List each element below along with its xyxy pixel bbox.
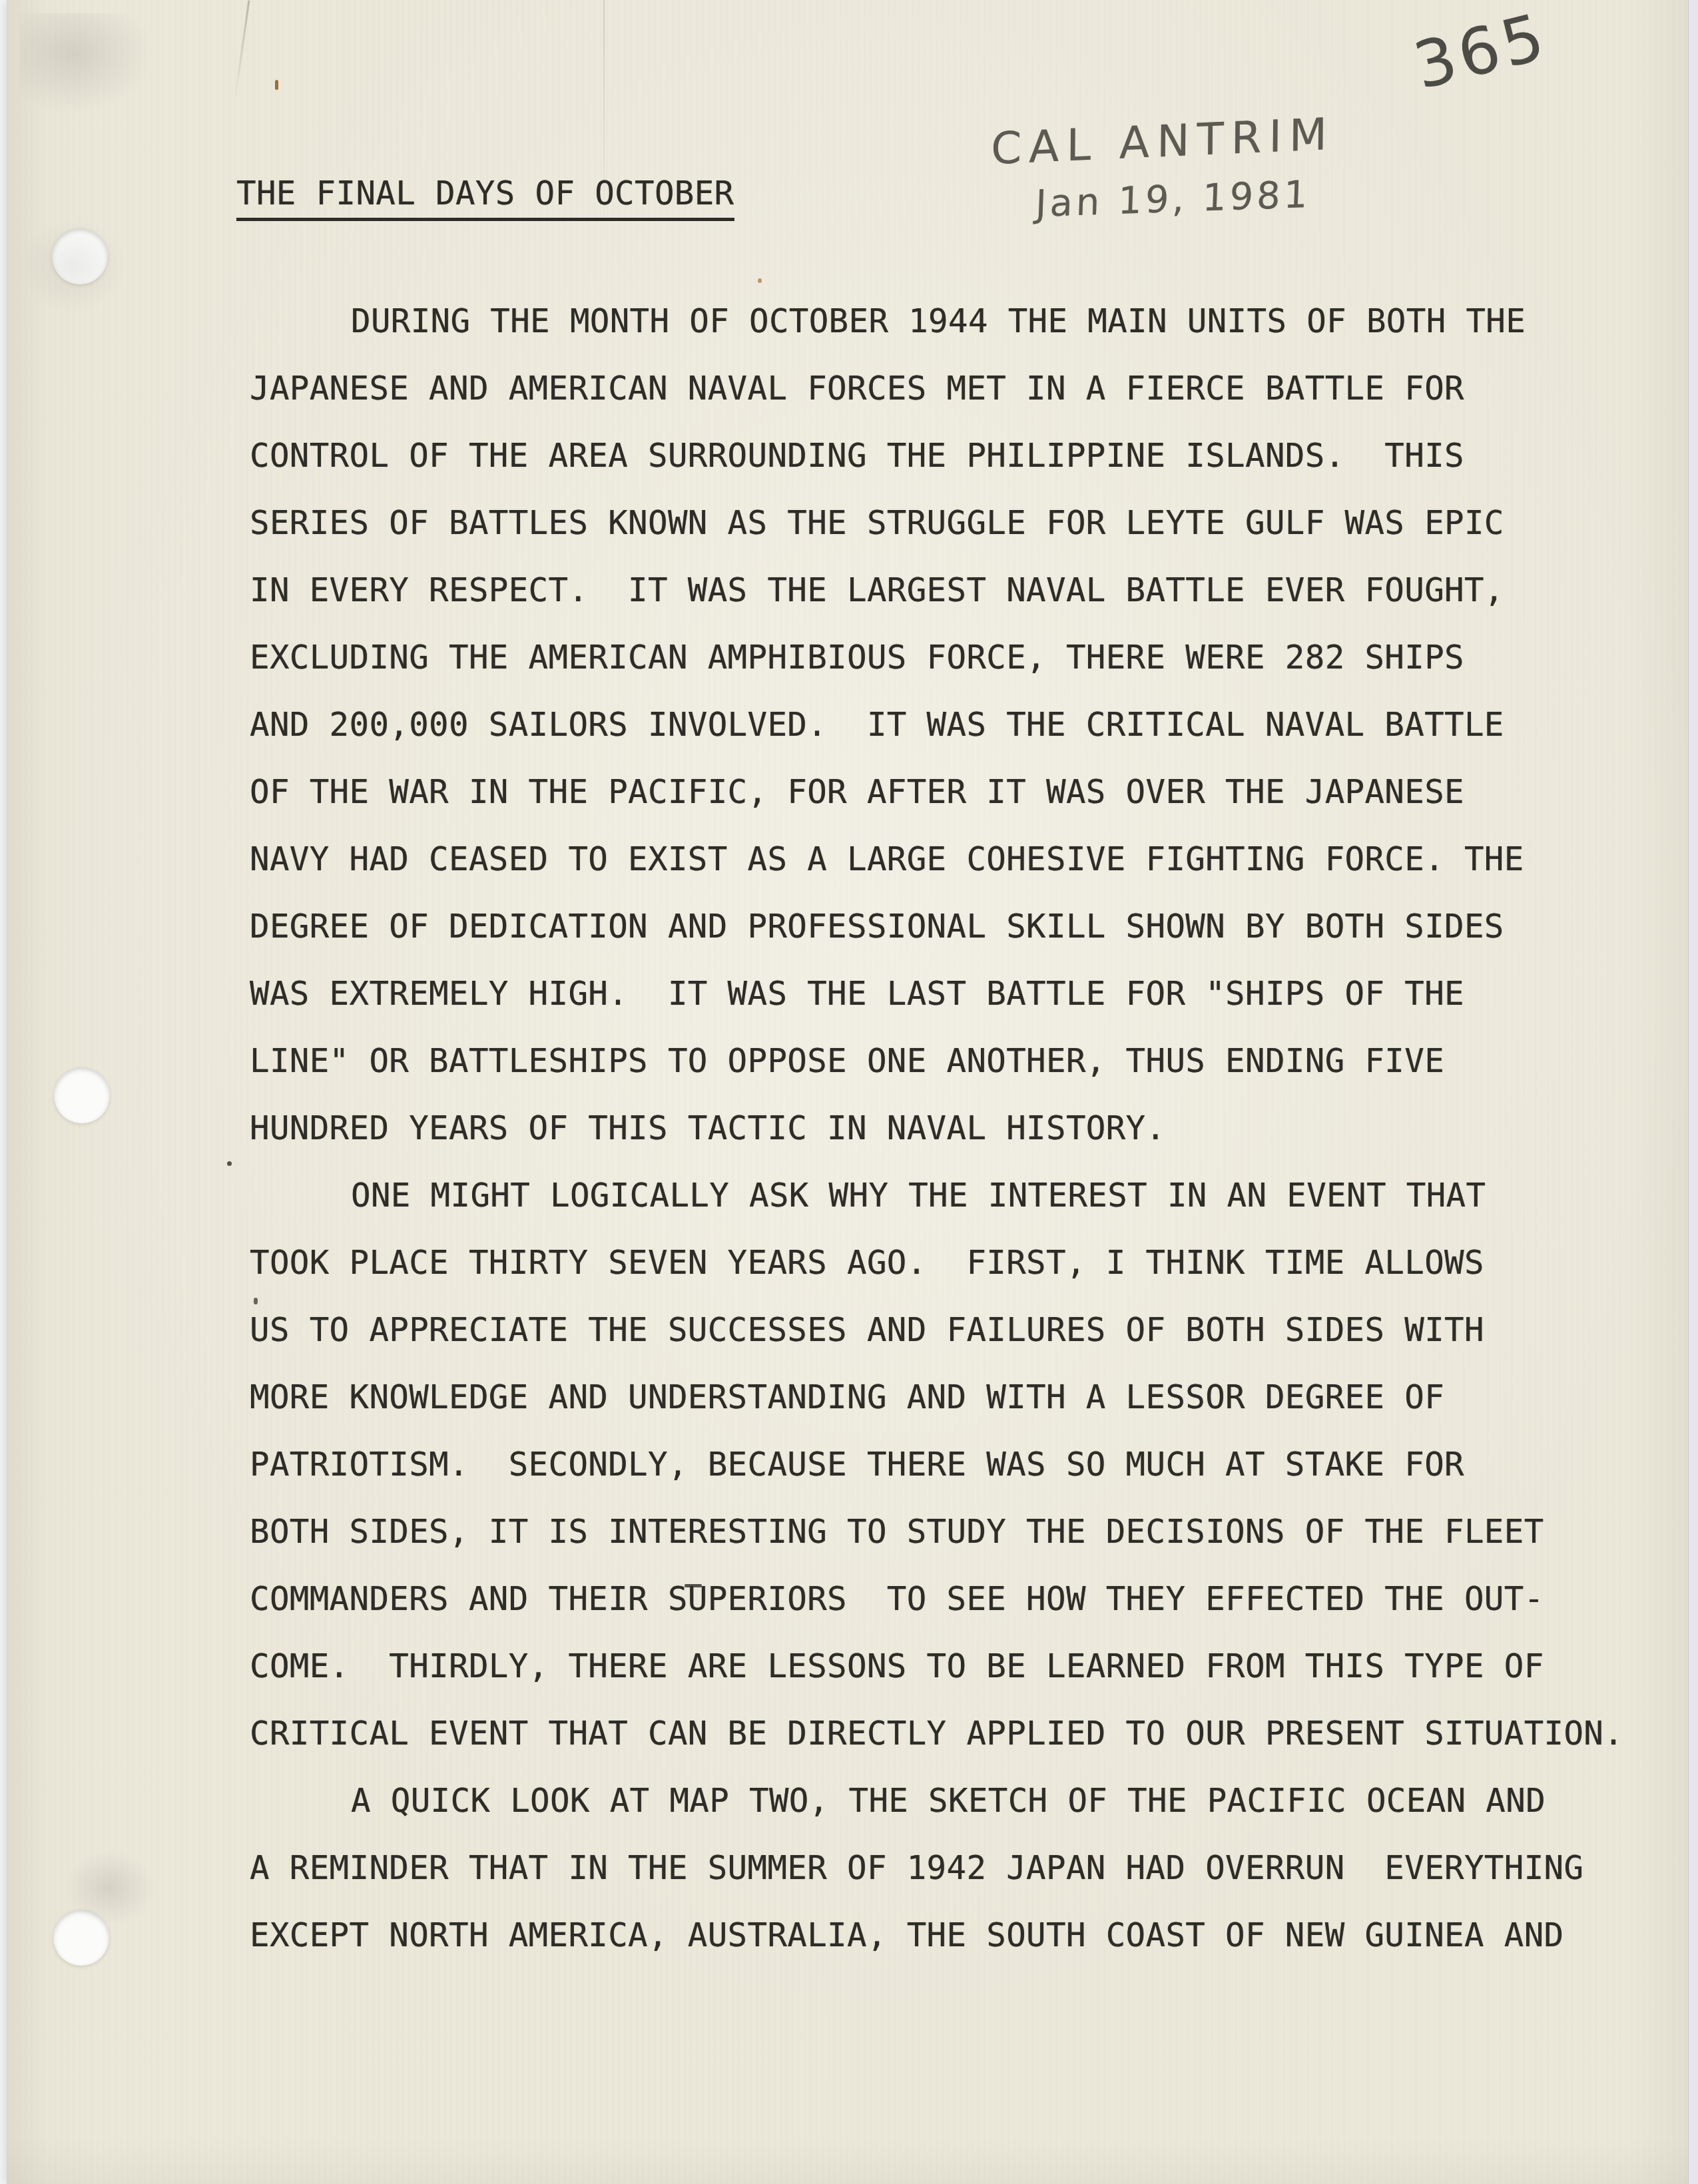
text-line: DEGREE OF DEDICATION AND PROFESSIONAL SK… (250, 910, 1661, 977)
punch-hole (52, 228, 108, 284)
rust-speck (758, 278, 762, 283)
text-line: MORE KNOWLEDGE AND UNDERSTANDING AND WIT… (250, 1381, 1661, 1448)
punch-hole (53, 1910, 109, 1966)
paper-scuff (20, 13, 153, 113)
punch-hole (54, 1067, 110, 1123)
document-page: 365 CAL ANTRIM Jan 19, 1981 THE FINAL DA… (7, 0, 1689, 2184)
text-line: TOOK PLACE THIRTY SEVEN YEARS AGO. FIRST… (250, 1246, 1661, 1314)
text-line: A REMINDER THAT IN THE SUMMER OF 1942 JA… (250, 1852, 1661, 1919)
text-line: SERIES OF BATTLES KNOWN AS THE STRUGGLE … (250, 507, 1661, 574)
handwritten-page-number: 365 (1408, 4, 1554, 99)
rust-speck (275, 80, 278, 90)
handwritten-name: CAL ANTRIM (991, 113, 1334, 172)
text-line: BOTH SIDES, IT IS INTERESTING TO STUDY T… (250, 1515, 1661, 1583)
text-line: EXCLUDING THE AMERICAN AMPHIBIOUS FORCE,… (250, 641, 1661, 708)
text-line: COME. THIRDLY, THERE ARE LESSONS TO BE L… (250, 1650, 1661, 1717)
text-line: HUNDRED YEARS OF THIS TACTIC IN NAVAL HI… (250, 1112, 1661, 1179)
text-line: COMMANDERS AND THEIR SUPERIORS TO SEE HO… (250, 1583, 1661, 1650)
text-line: ONE MIGHT LOGICALLY ASK WHY THE INTEREST… (250, 1179, 1661, 1246)
text-line: CONTROL OF THE AREA SURROUNDING THE PHIL… (250, 439, 1661, 507)
typed-lines: DURING THE MONTH OF OCTOBER 1944 THE MAI… (250, 305, 1661, 1986)
text-line: IN EVERY RESPECT. IT WAS THE LARGEST NAV… (250, 574, 1661, 641)
handwritten-date: Jan 19, 1981 (1035, 176, 1311, 224)
text-line: LINE" OR BATTLESHIPS TO OPPOSE ONE ANOTH… (250, 1045, 1661, 1112)
text-line: NAVY HAD CEASED TO EXIST AS A LARGE COHE… (250, 843, 1661, 910)
text-line: OF THE WAR IN THE PACIFIC, FOR AFTER IT … (250, 776, 1661, 843)
paper-crease (234, 1, 250, 100)
text-line: JAPANESE AND AMERICAN NAVAL FORCES MET I… (250, 372, 1661, 439)
text-line: CRITICAL EVENT THAT CAN BE DIRECTLY APPL… (250, 1717, 1661, 1784)
text-line: PATRIOTISM. SECONDLY, BECAUSE THERE WAS … (250, 1448, 1661, 1515)
text-line: EXCEPT NORTH AMERICA, AUSTRALIA, THE SOU… (250, 1919, 1661, 1986)
text-line: AND 200,000 SAILORS INVOLVED. IT WAS THE… (250, 708, 1661, 776)
page-title: THE FINAL DAYS OF OCTOBER (236, 177, 734, 221)
text-line: US TO APPRECIATE THE SUCCESSES AND FAILU… (250, 1314, 1661, 1381)
scan-edge (1688, 0, 1698, 2184)
text-line: DURING THE MONTH OF OCTOBER 1944 THE MAI… (250, 305, 1661, 372)
text-line: A QUICK LOOK AT MAP TWO, THE SKETCH OF T… (250, 1784, 1661, 1852)
text-line: WAS EXTREMELY HIGH. IT WAS THE LAST BATT… (250, 977, 1661, 1045)
stray-type-mark (227, 1161, 232, 1166)
